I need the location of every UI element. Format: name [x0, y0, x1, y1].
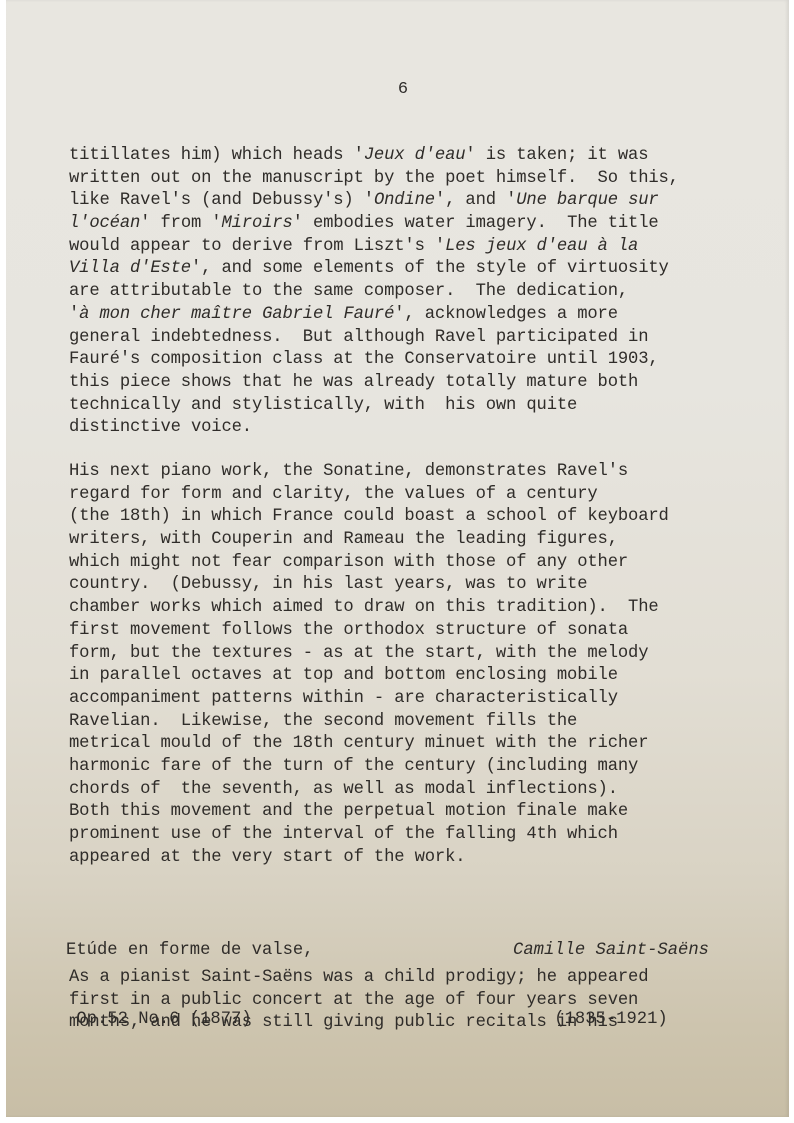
italic-title: Villa d'Este	[69, 259, 191, 278]
text-run: like Ravel's (and Debussy's) '	[69, 191, 374, 210]
text-line: Fauré's composition class at the Conserv…	[69, 349, 679, 372]
text-line: form, but the textures - as at the start…	[69, 643, 669, 666]
text-run: distinctive voice.	[69, 418, 252, 437]
text-run: in parallel octaves at top and bottom en…	[69, 666, 618, 685]
composer-name: Camille Saint-Saëns	[501, 940, 721, 963]
text-line: first movement follows the orthodox stru…	[69, 620, 669, 643]
text-run: this piece shows that he was already tot…	[69, 373, 638, 392]
text-line: months, and he was still giving public r…	[69, 1012, 648, 1035]
text-run: country. (Debussy, in his last years, wa…	[69, 575, 587, 594]
text-run: ', acknowledges a more	[394, 305, 618, 324]
text-line: accompaniment patterns within - are char…	[69, 688, 669, 711]
text-line: harmonic fare of the turn of the century…	[69, 756, 669, 779]
text-run: metrical mould of the 18th century minue…	[69, 734, 648, 753]
text-run: written out on the manuscript by the poe…	[69, 169, 679, 188]
text-line: Both this movement and the perpetual mot…	[69, 801, 669, 824]
text-line: chamber works which aimed to draw on thi…	[69, 597, 669, 620]
text-run: chamber works which aimed to draw on thi…	[69, 598, 659, 617]
text-line: first in a public concert at the age of …	[69, 990, 648, 1013]
text-run: first movement follows the orthodox stru…	[69, 621, 628, 640]
text-line: like Ravel's (and Debussy's) 'Ondine', a…	[69, 190, 679, 213]
text-run: general indebtedness. But although Ravel…	[69, 328, 648, 347]
italic-title: Jeux d'eau	[364, 146, 466, 165]
italic-title: Ondine	[374, 191, 435, 210]
text-line: l'océan' from 'Miroirs' embodies water i…	[69, 213, 679, 236]
text-run: Ravelian. Likewise, the second movement …	[69, 712, 577, 731]
italic-title: Les jeux d'eau à la	[445, 237, 638, 256]
text-line: (the 18th) in which France could boast a…	[69, 506, 669, 529]
paragraph-saint-saens: As a pianist Saint-Saëns was a child pro…	[69, 967, 648, 1035]
text-run: which might not fear comparison with tho…	[69, 553, 628, 572]
document-page: 6 titillates him) which heads 'Jeux d'ea…	[6, 0, 789, 1117]
text-run: (the 18th) in which France could boast a…	[69, 507, 669, 526]
text-run: ', and some elements of the style of vir…	[191, 259, 669, 278]
text-run: chords of the seventh, as well as modal …	[69, 780, 618, 799]
text-line: are attributable to the same composer. T…	[69, 281, 679, 304]
italic-title: à mon cher maître Gabriel Fauré	[79, 305, 394, 324]
text-run: titillates him) which heads '	[69, 146, 364, 165]
text-line: regard for form and clarity, the values …	[69, 484, 669, 507]
text-run: appeared at the very start of the work.	[69, 848, 465, 867]
text-line: prominent use of the interval of the fal…	[69, 824, 669, 847]
text-line: titillates him) which heads 'Jeux d'eau'…	[69, 145, 679, 168]
text-line: written out on the manuscript by the poe…	[69, 168, 679, 191]
text-run: first in a public concert at the age of …	[69, 991, 638, 1010]
text-line: technically and stylistically, with his …	[69, 395, 679, 418]
text-run: Both this movement and the perpetual mot…	[69, 802, 628, 821]
text-run: would appear to derive from Liszt's '	[69, 237, 445, 256]
text-run: '	[69, 305, 79, 324]
text-line: country. (Debussy, in his last years, wa…	[69, 574, 669, 597]
text-line: in parallel octaves at top and bottom en…	[69, 665, 669, 688]
text-run: ' is taken; it was	[465, 146, 648, 165]
text-line: Ravelian. Likewise, the second movement …	[69, 711, 669, 734]
italic-title: Miroirs	[221, 214, 292, 233]
text-line: which might not fear comparison with tho…	[69, 552, 669, 575]
text-line: would appear to derive from Liszt's 'Les…	[69, 236, 679, 259]
text-run: regard for form and clarity, the values …	[69, 485, 598, 504]
text-run: months, and he was still giving public r…	[69, 1013, 618, 1032]
italic-title: l'océan	[69, 214, 140, 233]
text-run: ' embodies water imagery. The title	[293, 214, 659, 233]
text-run: ' from '	[140, 214, 221, 233]
text-run: His next piano work, the Sonatine, demon…	[69, 462, 628, 481]
text-line: distinctive voice.	[69, 417, 679, 440]
page-number: 6	[6, 80, 794, 99]
text-run: prominent use of the interval of the fal…	[69, 825, 618, 844]
text-line: metrical mould of the 18th century minue…	[69, 733, 669, 756]
text-run: writers, with Couperin and Rameau the le…	[69, 530, 618, 549]
paragraph-jeux-deau: titillates him) which heads 'Jeux d'eau'…	[69, 145, 679, 440]
text-line: His next piano work, the Sonatine, demon…	[69, 461, 669, 484]
text-line: As a pianist Saint-Saëns was a child pro…	[69, 967, 648, 990]
text-line: Villa d'Este', and some elements of the …	[69, 258, 679, 281]
text-line: general indebtedness. But although Ravel…	[69, 327, 679, 350]
text-run: ', and '	[435, 191, 516, 210]
text-line: chords of the seventh, as well as modal …	[69, 779, 669, 802]
italic-title: Une barque sur	[516, 191, 658, 210]
text-run: are attributable to the same composer. T…	[69, 282, 628, 301]
work-title-line: Etúde en forme de valse,	[66, 940, 314, 963]
text-run: form, but the textures - as at the start…	[69, 644, 648, 663]
text-run: Fauré's composition class at the Conserv…	[69, 350, 659, 369]
text-run: accompaniment patterns within - are char…	[69, 689, 618, 708]
text-line: this piece shows that he was already tot…	[69, 372, 679, 395]
text-run: technically and stylistically, with his …	[69, 396, 577, 415]
text-run: harmonic fare of the turn of the century…	[69, 757, 638, 776]
text-line: appeared at the very start of the work.	[69, 847, 669, 870]
text-run: As a pianist Saint-Saëns was a child pro…	[69, 968, 648, 987]
paragraph-sonatine: His next piano work, the Sonatine, demon…	[69, 461, 669, 869]
text-line: 'à mon cher maître Gabriel Fauré', ackno…	[69, 304, 679, 327]
text-line: writers, with Couperin and Rameau the le…	[69, 529, 669, 552]
